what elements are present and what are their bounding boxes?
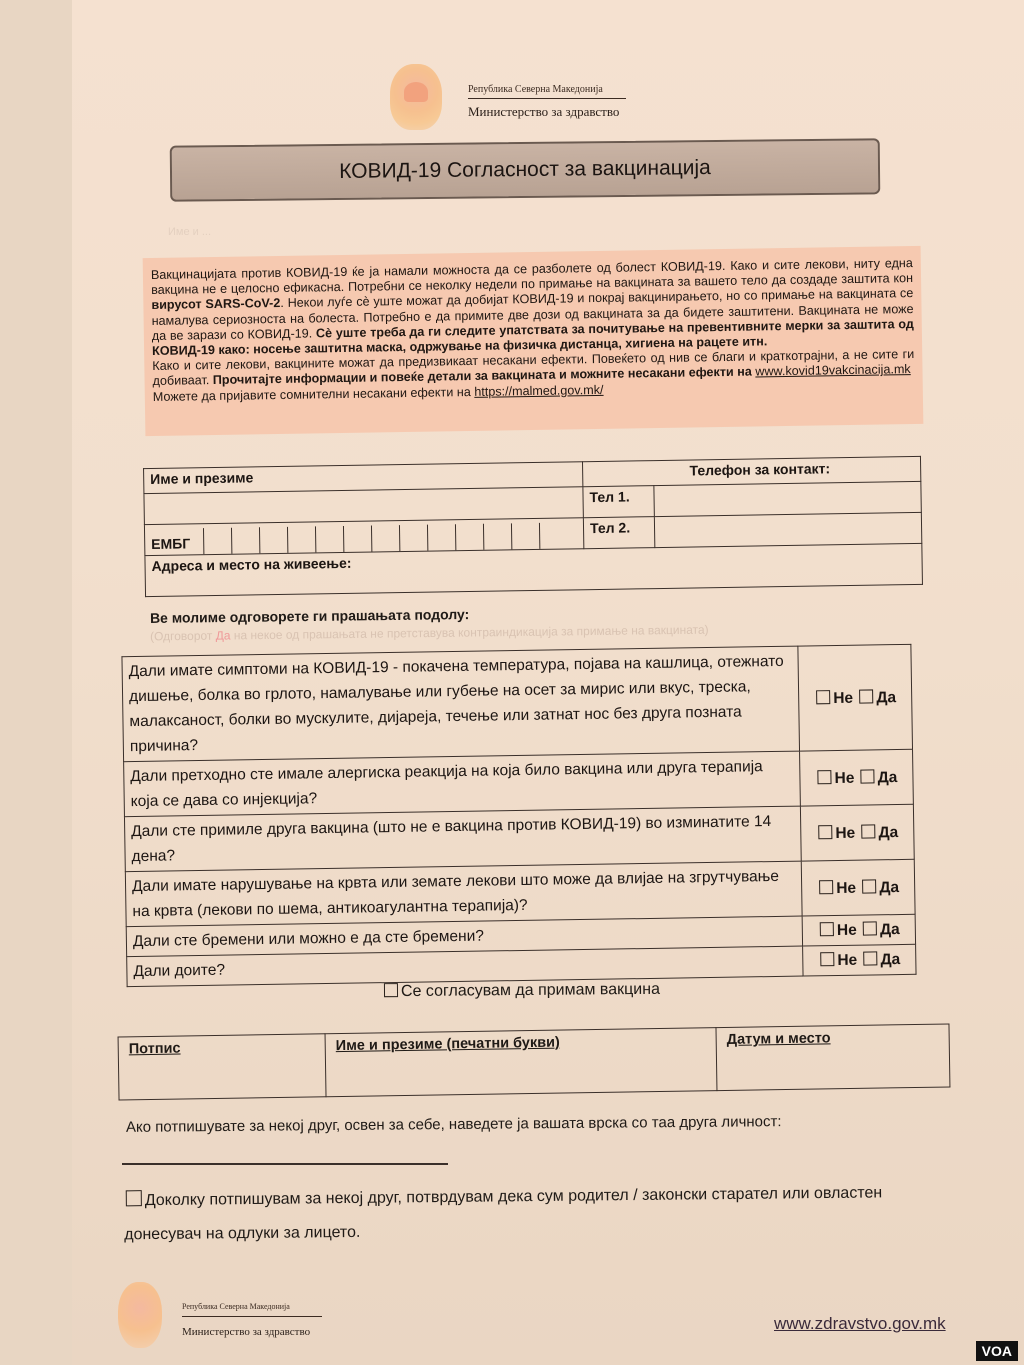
malmed-link[interactable]: https://malmed.gov.mk/: [474, 383, 603, 399]
document-title: КОВИД-19 Согласност за вакцинација: [170, 138, 881, 201]
embg-digit-box[interactable]: [427, 524, 455, 550]
no-checkbox[interactable]: [820, 952, 834, 966]
answer-options: Не Да: [802, 914, 915, 946]
address-label: Адреса и место на живеење:: [151, 555, 351, 574]
relationship-input-line[interactable]: [122, 1163, 448, 1165]
screening-questions-table: Дали имате симптоми на КОВИД-19 - покаче…: [121, 644, 916, 987]
footer-ministry: Министерство за здравство: [182, 1326, 310, 1338]
embg-digit-box[interactable]: [455, 524, 483, 550]
print-name-field[interactable]: Име и презиме (печатни букви): [325, 1028, 717, 1097]
yes-checkbox[interactable]: [859, 689, 873, 703]
yes-checkbox[interactable]: [861, 769, 875, 783]
yes-label: Да: [878, 769, 898, 786]
coat-of-arms-icon: [390, 64, 442, 130]
name-label: Име и презиме: [150, 469, 253, 487]
answer-options: Не Да: [801, 859, 915, 916]
header-divider: [468, 98, 626, 99]
phone-header: Телефон за контакт:: [689, 460, 830, 478]
tel1-input[interactable]: [654, 481, 921, 516]
personal-data-form: Име и презиме Телефон за контакт: Тел 1.…: [143, 456, 923, 597]
embg-digit-box[interactable]: [399, 525, 427, 551]
no-checkbox[interactable]: [816, 690, 830, 704]
yes-label: Да: [880, 921, 900, 938]
embg-label: ЕМБГ: [151, 535, 203, 555]
embg-digit-box[interactable]: [259, 527, 287, 553]
embg-digit-box[interactable]: [343, 526, 371, 552]
tel2-label: Тел 2.: [590, 519, 630, 536]
no-checkbox[interactable]: [817, 770, 831, 784]
footer-coat-of-arms-icon: [118, 1282, 162, 1348]
no-label: Не: [837, 952, 857, 969]
guardian-label: Доколку потпишувам за некој друг, потврд…: [124, 1184, 882, 1243]
embg-digit-box[interactable]: [315, 526, 343, 552]
embg-digit-box[interactable]: [371, 525, 399, 551]
consent-label: Се согласувам да примам вакцина: [401, 981, 660, 1000]
consent-checkbox-row[interactable]: Се согласувам да примам вакцина: [382, 981, 660, 1001]
no-checkbox[interactable]: [818, 825, 832, 839]
embg-digit-box[interactable]: [483, 523, 511, 549]
footer-divider: [182, 1316, 322, 1317]
no-checkbox[interactable]: [819, 880, 833, 894]
question-text: Дали имате симптоми на КОВИД-19 - покаче…: [122, 646, 800, 762]
embg-digit-box[interactable]: [231, 527, 259, 553]
yes-label: Да: [878, 824, 898, 841]
no-label: Не: [836, 879, 856, 896]
yes-label: Да: [879, 879, 899, 896]
embg-digit-box[interactable]: [203, 528, 231, 554]
faint-label: Име и ...: [168, 226, 211, 238]
date-place-label: Датум и место: [727, 1030, 831, 1048]
consent-checkbox[interactable]: [384, 983, 398, 997]
header-republic: Република Северна Македонија: [468, 84, 603, 95]
date-place-field[interactable]: Датум и место: [716, 1024, 950, 1091]
tel1-label-cell: Тел 1.: [583, 486, 654, 518]
question-row: Дали имате симптоми на КОВИД-19 - покаче…: [122, 644, 913, 761]
answer-options: Не Да: [800, 804, 914, 861]
footer-republic: Република Северна Македонија: [182, 1302, 290, 1311]
embg-digit-box[interactable]: [287, 526, 315, 552]
no-label: Не: [833, 689, 853, 706]
answer-options: Не Да: [803, 944, 916, 976]
vaccination-site-link[interactable]: www.kovid19vakcinacija.mk: [755, 362, 911, 378]
info-bold-1: вирусот SARS-CoV-2: [151, 296, 280, 312]
yes-checkbox[interactable]: [863, 921, 877, 935]
header-ministry: Министерство за здравство: [468, 104, 619, 120]
yes-checkbox[interactable]: [863, 951, 877, 965]
note-highlight: Да: [216, 628, 231, 642]
tel2-label-cell: Тел 2.: [583, 517, 654, 549]
vaccine-info-box: Вакцинацијата против КОВИД-19 ќе ја нама…: [143, 246, 924, 436]
yes-label: Да: [880, 951, 900, 968]
note-prefix: (Одговорот: [150, 629, 216, 644]
print-name-label: Име и презиме (печатни букви): [336, 1035, 560, 1055]
embg-digit-box[interactable]: [539, 522, 567, 548]
tel2-input[interactable]: [654, 512, 921, 547]
title-text: КОВИД-19 Согласност за вакцинација: [339, 156, 711, 184]
yes-label: Да: [876, 689, 896, 706]
guardian-checkbox[interactable]: [126, 1190, 142, 1206]
signature-field[interactable]: Потпис: [118, 1034, 326, 1100]
signature-label: Потпис: [129, 1041, 181, 1058]
no-label: Не: [835, 824, 855, 841]
embg-digit-box[interactable]: [511, 523, 539, 549]
yes-checkbox[interactable]: [862, 879, 876, 893]
voa-watermark: VOA: [976, 1341, 1018, 1361]
guardian-checkbox-row[interactable]: Доколку потпишувам за некој друг, потврд…: [124, 1176, 955, 1253]
answer-options: Не Да: [798, 644, 913, 751]
no-label: Не: [834, 769, 854, 786]
signature-table: Потпис Име и презиме (печатни букви) Дат…: [118, 1023, 951, 1100]
tel1-label: Тел 1.: [589, 488, 629, 505]
answer-options: Не Да: [800, 749, 914, 806]
yes-checkbox[interactable]: [861, 824, 875, 838]
ministry-website-link[interactable]: www.zdravstvo.gov.mk: [774, 1314, 946, 1334]
no-label: Не: [837, 922, 857, 939]
no-checkbox[interactable]: [820, 922, 834, 936]
